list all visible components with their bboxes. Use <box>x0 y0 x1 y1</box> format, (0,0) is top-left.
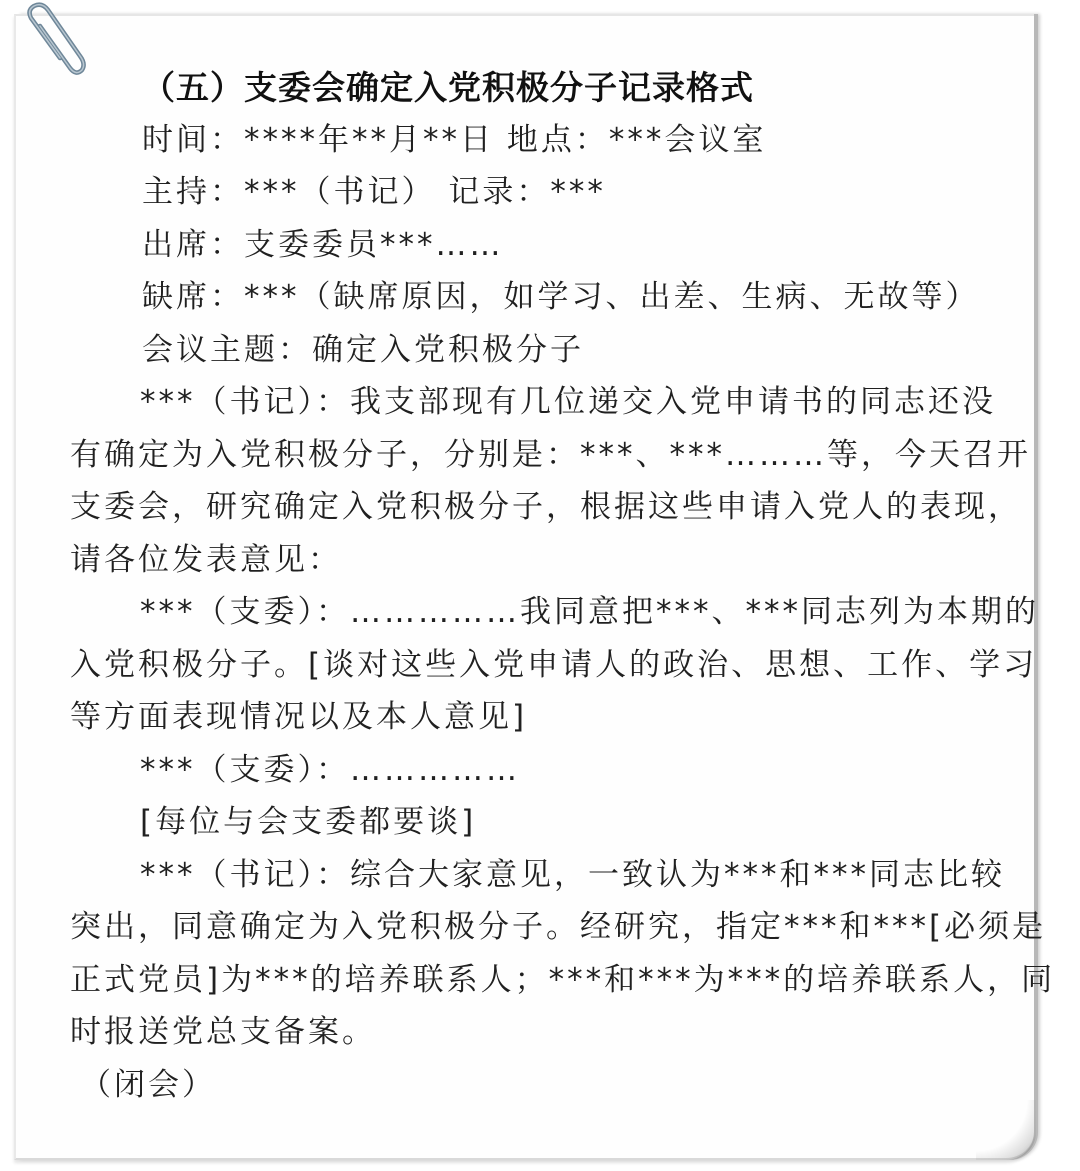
secretary-opening-line-1: ***（书记）：我支部现有几位递交入党申请书的同志还没 <box>140 382 996 422</box>
meeting-absentees: 缺席：***（缺席原因，如学习、出差、生病、无故等） <box>142 277 980 317</box>
meeting-close: （闭会） <box>80 1065 216 1105</box>
committee-member-opinion-line-2: 入党积极分子。[谈对这些入党申请人的政治、思想、工作、学习 <box>70 645 1037 685</box>
meeting-attendees: 出席：支委委员***…… <box>142 225 504 265</box>
document-title: （五）支委会确定入党积极分子记录格式 <box>142 68 754 108</box>
meeting-host-recorder: 主持：***（书记） 记录：*** <box>142 172 606 212</box>
committee-member-opinion-line-1: ***（支委）：……………我同意把***、***同志列为本期的 <box>140 592 1039 632</box>
committee-member-opinion-line-3: 等方面表现情况以及本人意见] <box>70 697 527 737</box>
secretary-conclusion-line-2: 突出，同意确定为入党积极分子。经研究，指定***和***[必须是 <box>70 907 1046 947</box>
secretary-conclusion-line-1: ***（书记）：综合大家意见，一致认为***和***同志比较 <box>140 855 1005 895</box>
committee-member-opinion-2: ***（支委）：…………… <box>140 750 520 790</box>
meeting-time-location: 时间：****年**月**日 地点：***会议室 <box>142 120 766 160</box>
secretary-conclusion-line-3: 正式党员]为***的培养联系人；***和***为***的培养联系人，同 <box>70 960 1055 1000</box>
secretary-opening-line-3: 支委会，研究确定入党积极分子，根据这些申请入党人的表现， <box>70 487 1022 527</box>
meeting-topic: 会议主题：确定入党积极分子 <box>142 330 584 370</box>
secretary-opening-line-2: 有确定为入党积极分子，分别是：***、***………等，今天召开 <box>70 435 1031 475</box>
secretary-conclusion-line-4: 时报送党总支备案。 <box>70 1012 376 1052</box>
note-every-member: [每位与会支委都要谈] <box>140 802 476 842</box>
secretary-opening-line-4: 请各位发表意见： <box>70 540 342 580</box>
document-body: （五）支委会确定入党积极分子记录格式 时间：****年**月**日 地点：***… <box>0 0 1080 1171</box>
